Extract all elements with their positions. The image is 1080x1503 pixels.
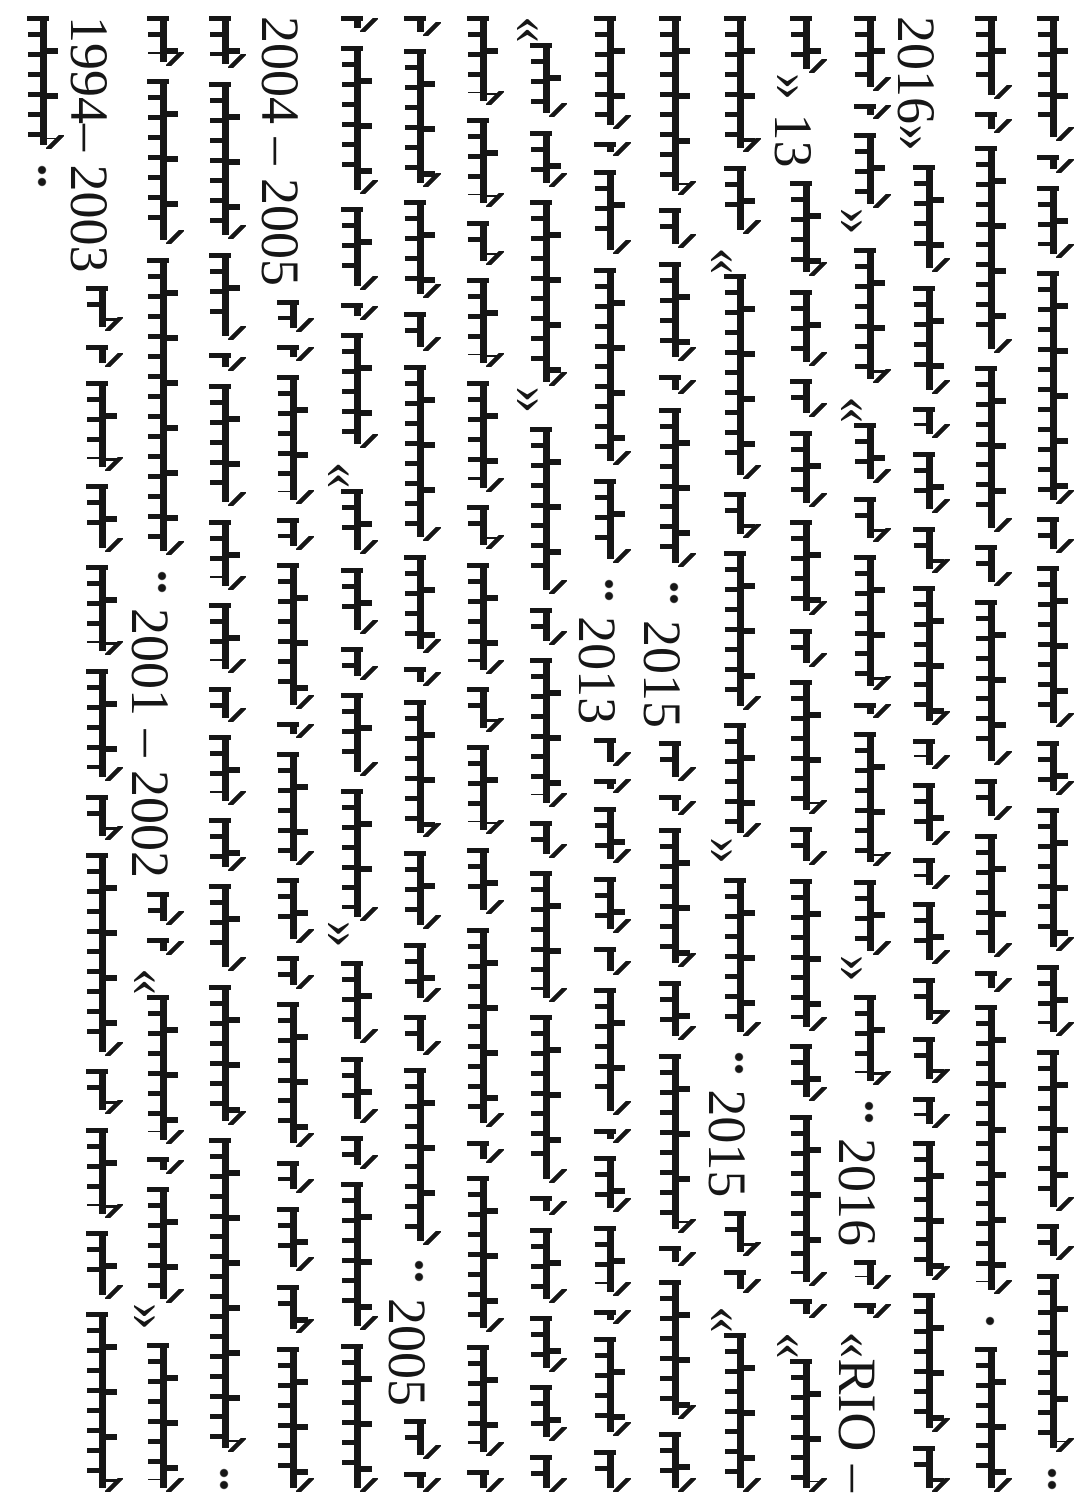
text-column-16: ᠠᠵᠢᠯ ᠢ ᠬᠠᠷᠢᠭᠤᠴᠠᠵᠤ ᠲᠠᠮᠢᠷᠴᠢᠳ ᠤᠨ ᠮᠡᠷᠭᠡᠵᠢᠯ ᠤ… bbox=[948, 16, 1008, 1492]
mongolian-word: ᠤᠨ bbox=[967, 779, 1013, 820]
numeral-text: 13 bbox=[763, 114, 823, 168]
mongolian-word: ᠪᠡᠶᠡ bbox=[782, 431, 828, 507]
mongolian-word: ᠨᠠᠭᠠᠳᠤᠮ bbox=[905, 286, 951, 394]
punctuation-mark: ᠃ bbox=[201, 1466, 247, 1492]
mongolian-word: ᠠᠯᠳᠠᠷ bbox=[651, 262, 697, 361]
mongolian-word: ᠣᠨ bbox=[651, 741, 697, 781]
mongolian-word: ᠮᠸᠳᠠᠯ bbox=[459, 1345, 505, 1456]
mongolian-word: ᠤᠨ bbox=[269, 1161, 315, 1193]
mongolian-word: ᠦᠨᠳᠦᠰᠦᠲᠡᠨ bbox=[139, 995, 185, 1144]
mongolian-word: ᠤᠨ bbox=[459, 221, 505, 265]
mongolian-word: ᠢ bbox=[1029, 155, 1075, 173]
mongolian-word: ᠤᠨ bbox=[78, 795, 124, 840]
punctuation-mark: ᠃ bbox=[586, 577, 632, 603]
mongolian-word: ᠲᠡᠮᠡᠴᠡᠭᠡᠨ bbox=[522, 427, 568, 594]
mongolian-word: ᠪᠠᠶᠢᠪᠠ bbox=[586, 479, 632, 564]
mongolian-word: ᠣᠨ bbox=[269, 300, 315, 332]
mongolian-word: ᠲᠡᠮᠡᠴᠡᠭᠡᠨ bbox=[716, 274, 762, 478]
mongolian-word: ᠤᠯᠤᠰ bbox=[782, 290, 828, 366]
mongolian-word: ᠶᠢᠨ bbox=[651, 981, 697, 1041]
mongolian-word: ᠶᠢᠨ bbox=[905, 1446, 951, 1492]
mongolian-word: ᠮᠡᠷᠭᠡᠵᠢᠯ bbox=[967, 600, 1013, 765]
mongolian-word: ᠬᠣᠶᠠᠳᠤᠭᠠᠷ bbox=[333, 46, 379, 194]
mongolian-word: ᠪᠡᠷ bbox=[1029, 741, 1075, 795]
mongolian-word: ᠬᠦᠷᠦᠭᠡᠨ bbox=[459, 1176, 505, 1331]
column-line: ᠪᠦᠬᠦ ᠤᠯᠤᠰ ᠤᠨ ᠪᠡᠶᠡ ᠲᠠᠮᠢᠷ ᠤᠨ ᠬᠤᠷᠠᠯ ᠤᠨ ᠪᠥᠬᠡ… bbox=[440, 16, 500, 1492]
mongolian-word: ᠶᠢᠨ bbox=[269, 1285, 315, 1333]
mongolian-word: ᠢᠳᠡᠪᠬᠢᠲᠡᠢ bbox=[1029, 566, 1075, 727]
mongolian-word: ᠴᠣᠯᠠ bbox=[333, 1057, 379, 1123]
mongolian-word: ᠪᠣᠯᠪᠠᠰᠤᠷᠠᠭᠤᠯᠤᠭᠳᠠᠪᠠ bbox=[139, 258, 185, 555]
mongolian-word: ᠪᠣᠯᠪᠠᠰᠤᠷᠠᠭᠤᠯᠵᠤ bbox=[586, 268, 632, 465]
mongolian-word: ᠰᠤᠩᠭᠤᠯᠲᠠ bbox=[782, 879, 828, 1031]
mongolian-word: ᠲᠡᠮᠡᠴᠡᠭᠡᠨ bbox=[269, 1347, 315, 1492]
mongolian-word: ᠶᠢᠨ bbox=[78, 484, 124, 552]
mongolian-word: ᠰᠣᠩᠭᠤᠭᠳᠠᠵᠤ bbox=[139, 79, 185, 244]
mongolian-word: ᠲᠤᠷᠰᠢᠯᠲᠠ bbox=[522, 658, 568, 807]
mongolian-word: ᠤᠨ bbox=[782, 379, 828, 417]
numeral-text: « bbox=[697, 247, 757, 274]
mongolian-word: ᠤᠯᠤᠰ bbox=[333, 568, 379, 634]
numeral-text: 2004 bbox=[250, 16, 310, 124]
mongolian-word: ᠬᠣᠶᠠᠳᠤᠭᠠᠷ bbox=[201, 82, 247, 239]
mongolian-word: ᠪᠥᠬᠡ bbox=[522, 43, 568, 117]
numeral-text: » bbox=[763, 73, 823, 100]
mongolian-word: ᠰᠤᠷᠭᠠᠨ bbox=[586, 170, 632, 255]
text-column-11: ᠲᠡᠮᠡᠴᠡᠭᠡᠨ ᠳᠦ ᠠᠯᠳᠠᠷ ᠢ ᠣᠯᠵᠠᠭᠰᠠᠨ ᠃ 2015 ᠣᠨ … bbox=[632, 16, 692, 1492]
mongolian-word: ᠪᠥᠬᠡ bbox=[78, 1128, 124, 1218]
text-column-1: ᠠᠮᠵᠢᠯᠲᠠ ᠄ bbox=[0, 16, 60, 1492]
mongolian-word: ᠲᠡᠮᠡᠴᠡᠭᠡᠨ bbox=[782, 1115, 828, 1286]
mongolian-word: ᠣᠨ bbox=[139, 892, 185, 925]
mongolian-word: ᠨᠠᠰᠤᠨ bbox=[586, 1226, 632, 1296]
mongolian-word: ᠢ bbox=[333, 303, 379, 319]
mongolian-word: ᠪᠡᠶᠡ bbox=[459, 278, 505, 367]
mongolian-word: ᠦ bbox=[651, 1246, 697, 1266]
punctuation-mark: ᠃ bbox=[651, 580, 697, 606]
mongolian-word: ᠬᠡᠮᠵᠢᠶᠡ bbox=[586, 1337, 632, 1436]
mongolian-word: ᠶᠢᠨ bbox=[716, 166, 762, 234]
text-column-5: 2004 – 2005 ᠣᠨ ᠤ ᠳᠤᠷᠠᠰᠬᠠᠯ ᠤᠨ ᠲᠡᠮᠡᠴᠡᠭᠡᠨ ᠦ… bbox=[250, 16, 310, 1492]
mongolian-word: ᠤᠯᠤᠰ bbox=[459, 118, 505, 207]
mongolian-word: ᠤᠨ bbox=[905, 1097, 951, 1128]
mongolian-word: ᠣᠯᠵᠠᠭᠰᠠᠨ bbox=[651, 408, 697, 567]
numeral-text: 2005 bbox=[250, 178, 310, 286]
column-line: ᠬᠠᠮᠤᠭ ᠤ ᠰᠠᠶᠢᠨ» ᠲᠡᠮᠡᠴᠡᠭᠡᠨ «ᠪᠥᠬᠡ ᠶᠢᠨ ᠲᠡᠮᠡᠴ… bbox=[827, 16, 887, 1492]
mongolian-word: ᠣᠨ bbox=[396, 1419, 442, 1458]
mongolian-word: ᠦ bbox=[782, 1299, 828, 1318]
mongolian-word: ᠬᠦᠷᠲᠡᠵᠦ bbox=[522, 871, 568, 1001]
mongolian-word: ᠲᠡᠮᠡᠴᠡᠭᠡᠨ bbox=[905, 586, 951, 725]
mongolian-word: ᠲᠠᠮᠢᠷ bbox=[78, 669, 124, 782]
mongolian-word: ᠬᠦᠷᠲᠡᠪᠡ bbox=[716, 878, 762, 1037]
mongolian-word: ᠳᠡᠯᠡᠬᠡᠢ bbox=[651, 828, 697, 967]
mongolian-word: ᠤᠯᠠᠮ bbox=[1029, 965, 1075, 1037]
mongolian-word: ᠢ bbox=[651, 375, 697, 395]
mongolian-word: ᠲᠠᠯ bbox=[782, 16, 828, 73]
mongolian-word: ᠮᠸᠳᠠᠯ bbox=[716, 723, 762, 837]
mongolian-word: ᠬᠡᠮᠵᠢᠶᠡ bbox=[651, 1280, 697, 1419]
mongolian-word: ᠲᠡᠮᠡᠴᠡᠭᠡᠨ bbox=[586, 988, 632, 1115]
text-column-3: ᠪᠡᠷ ᠰᠣᠩᠭᠤᠭᠳᠠᠵᠤ ᠪᠣᠯᠪᠠᠰᠤᠷᠠᠭᠤᠯᠤᠭᠳᠠᠪᠠ ᠃ 2001… bbox=[120, 16, 180, 1492]
mongolian-word: ᠳᠦ bbox=[396, 312, 442, 351]
mongolian-word: ᠤᠨ bbox=[269, 956, 315, 988]
mongolian-word: ᠪᠥᠬᠡ bbox=[905, 452, 951, 514]
mongolian-word: ᠤᠨ bbox=[905, 407, 951, 438]
mongolian-word: ᠤᠯᠤᠰ bbox=[269, 878, 315, 943]
mongolian-word: ᠳᠤᠷᠠᠰᠬᠠᠯ bbox=[269, 375, 315, 504]
mongolian-word: ᠪᠠᠶᠢᠷ bbox=[333, 207, 379, 289]
mongolian-word: ᠶᠢᠨ bbox=[905, 527, 951, 573]
document-page: ᠠᠮᠵᠢᠯᠲᠠ ᠄ 1994– 2003 ᠣᠨ ᠤ ᠬᠣᠲᠠ ᠶᠢᠨ ᠪᠡᠶᠡ … bbox=[0, 0, 1080, 1503]
mongolian-word: ᠤ bbox=[269, 345, 315, 361]
text-column-6: ᠦ ᠬᠣᠶᠠᠳᠤᠭᠠᠷ ᠪᠠᠶᠢᠷ ᠢ ᠡᠵᠡᠯᠡᠵᠦ «ᠪᠦᠬᠦ ᠤᠯᠤᠰ ᠤ… bbox=[314, 16, 374, 1492]
mongolian-word: ᠳᠦ bbox=[905, 739, 951, 770]
column-line: ᠠᠵᠢᠯ ᠢ ᠬᠠᠷᠢᠭᠤᠴᠠᠵᠤ ᠲᠠᠮᠢᠷᠴᠢᠳ ᠤᠨ ᠮᠡᠷᠭᠡᠵᠢᠯ ᠤ… bbox=[948, 16, 1008, 1492]
mongolian-word: ᠤᠯᠤᠰ bbox=[201, 603, 247, 673]
numeral-text: 2002 bbox=[120, 770, 180, 878]
punctuation-mark: ᠃ bbox=[139, 569, 185, 595]
mongolian-word: ᠳᠤᠭᠠᠷ bbox=[782, 181, 828, 276]
numeral-text: 2005 bbox=[377, 1298, 437, 1406]
mongolian-word: ᠰᠠᠶᠢᠨ bbox=[333, 693, 379, 775]
mongolian-word: ᠳᠤ bbox=[1029, 517, 1075, 553]
mongolian-word: ᠦ bbox=[139, 1157, 185, 1174]
mongolian-word: ᠬᠣᠷᠢᠶᠠᠯ bbox=[139, 1187, 185, 1303]
mongolian-word: ᠳᠡᠭᠡᠭᠰᠢᠯᠡᠭᠦᠯᠬᠦ bbox=[967, 1005, 1013, 1294]
mongolian-word: ᠶᠢᠨ bbox=[459, 848, 505, 915]
numeral-text: « bbox=[697, 1306, 757, 1333]
mongolian-word: ᠰᠢᠯᠭᠠᠷᠠᠪᠠ bbox=[396, 1068, 442, 1245]
text-column-15: 2016» ᠣᠯᠢᠮᠫᠢᠭ ᠨᠠᠭᠠᠳᠤᠮ ᠤᠨ ᠪᠥᠬᠡ ᠶᠢᠨ ᠲᠡᠮᠡᠴᠡ… bbox=[886, 16, 946, 1492]
mongolian-word: ᠪᠠᠷᠢᠯᠳᠤᠭᠠᠨ bbox=[522, 200, 568, 386]
mongolian-word: ᠳᠦ bbox=[716, 492, 762, 537]
mongolian-word: ᠪᠠᠭᠠ bbox=[586, 1156, 632, 1212]
numeral-text: – bbox=[827, 1465, 887, 1492]
punctuation-mark: ᠃ bbox=[716, 1050, 762, 1076]
text-column-10: ᠲᠠᠮᠢᠷᠴᠢᠨ ᠢ ᠰᠤᠷᠭᠠᠨ ᠪᠣᠯᠪᠠᠰᠤᠷᠠᠭᠤᠯᠵᠤ ᠪᠠᠶᠢᠪᠠ … bbox=[567, 16, 627, 1492]
mongolian-word: ᠢ bbox=[586, 142, 632, 156]
mongolian-word: ᠪᠠᠶᠢᠳᠠᠯ bbox=[967, 1347, 1013, 1492]
mongolian-word: ᠪᠠᠭ bbox=[522, 1385, 568, 1441]
mongolian-word: ᠶᠢᠨ bbox=[651, 1432, 697, 1492]
mongolian-word: ᠲᠡᠮᠡᠴᠡᠭᠡᠨ bbox=[333, 1344, 379, 1492]
mongolian-word: ᠪᠠᠶᠢᠭᠤᠯᠬᠤ bbox=[1029, 1050, 1075, 1211]
mongolian-word: ᠳᠦ bbox=[651, 208, 697, 248]
mongolian-word: ᠦ bbox=[396, 16, 442, 36]
mongolian-word: ᠤᠨ bbox=[586, 947, 632, 975]
mongolian-word: ᠤᠨ bbox=[782, 629, 828, 667]
mongolian-word: ᠤᠨ bbox=[201, 687, 247, 722]
mongolian-word: ᠵᠢᠯ bbox=[396, 943, 442, 1002]
mongolian-word: ᠳᠦ bbox=[522, 608, 568, 645]
numeral-text: » bbox=[120, 1303, 180, 1330]
mongolian-word: ᠵᠢᠭᠠᠬᠠᠨ bbox=[396, 49, 442, 187]
mongolian-word: ᠤᠨ bbox=[459, 505, 505, 549]
column-line: ᠦ ᠬᠣᠶᠠᠳᠤᠭᠠᠷ ᠪᠠᠶᠢᠷ ᠢ ᠡᠵᠡᠯᠡᠵᠦ «ᠪᠦᠬᠦ ᠤᠯᠤᠰ ᠤ… bbox=[314, 16, 374, 1492]
mongolian-word: ᠤ bbox=[396, 1472, 442, 1492]
mongolian-word: ᠦ bbox=[333, 16, 379, 32]
numeral-text: – bbox=[120, 730, 180, 757]
column-line: ᠪᠡᠷ ᠰᠣᠩᠭᠤᠭᠳᠠᠵᠤ ᠪᠣᠯᠪᠠᠰᠤᠷᠠᠭᠤᠯᠤᠭᠳᠠᠪᠠ ᠃ 2001… bbox=[120, 16, 180, 1492]
mongolian-word: ᠦ bbox=[269, 722, 315, 738]
punctuation-mark: ᠃ bbox=[396, 1258, 442, 1284]
mongolian-word: ᠪᠥᠬᠡ bbox=[201, 735, 247, 805]
mongolian-word: ᠶᠢᠨ bbox=[782, 1044, 828, 1101]
mongolian-word: ᠦ bbox=[459, 1141, 505, 1163]
mongolian-word: ᠤ bbox=[586, 1310, 632, 1324]
mongolian-word: ᠭᠡᠰᠡᠨ bbox=[333, 961, 379, 1043]
mongolian-word: ᠣᠷᠣᠯᠴᠠᠵᠤ bbox=[1029, 808, 1075, 951]
mongolian-word: ᠲᠡᠮᠡᠴᠡᠭᠡᠨ bbox=[459, 928, 505, 1128]
mongolian-word: ᠶᠢᠨ bbox=[522, 131, 568, 187]
punctuation-mark: ᠂ bbox=[967, 1308, 1013, 1334]
mongolian-word: ᠤ bbox=[78, 345, 124, 368]
numeral-text: » bbox=[827, 955, 887, 982]
mongolian-word: ᠪᠡᠶᠡ bbox=[78, 565, 124, 655]
mongolian-word: ᠤᠯᠤᠰ bbox=[905, 783, 951, 845]
mongolian-word: ᠲᠡᠪᠰᠢᠨ bbox=[967, 834, 1013, 958]
mongolian-word: ᠤᠨ bbox=[522, 1455, 568, 1492]
text-column-4: ᠪᠡᠷ ᠬᠣᠶᠠᠳᠤᠭᠠᠷ ᠪᠠᠶᠢᠷ ᠢ ᠡᠵᠡᠯᠡᠵᠦ ᠪᠦᠬᠦ ᠤᠯᠤᠰ … bbox=[182, 16, 242, 1492]
mongolian-word: ᠤᠨ bbox=[333, 647, 379, 680]
mongolian-word: ᠬᠣᠲᠠ bbox=[78, 381, 124, 471]
mongolian-word: ᠶᠢᠨ bbox=[586, 1450, 632, 1492]
mongolian-word: ᠶᠢᠨ bbox=[522, 1316, 568, 1372]
mongolian-word: ᠢ bbox=[459, 1470, 505, 1492]
column-line: 1994– 2003 ᠣᠨ ᠤ ᠬᠣᠲᠠ ᠶᠢᠨ ᠪᠡᠶᠡ ᠲᠠᠮᠢᠷ ᠤᠨ ᠰ… bbox=[59, 16, 119, 1492]
mongolian-word: ᠪᠢᠯᠢᠭᠲᠦ bbox=[716, 1333, 762, 1492]
column-line: ᠦ ᠵᠢᠭᠠᠬᠠᠨ ᠲᠦᠷᠦᠯ ᠳᠦ ᠨᠢᠭᠡᠳᠦᠭᠡᠷ ᠪᠠᠶᠢᠷ ᠢ ᠡᠵᠡ… bbox=[377, 16, 437, 1492]
mongolian-word: ᠰᠤᠷᠭᠠᠭᠤᠯᠢ bbox=[78, 853, 124, 1056]
mongolian-word: ᠲᠠᠮᠢᠷᠴᠢᠨ bbox=[586, 16, 632, 129]
mongolian-word: ᠣᠨ bbox=[586, 738, 632, 766]
mongolian-word: ᠰᠠᠶᠢᠵᠢᠷᠠᠭᠤᠯᠬᠤ bbox=[1029, 271, 1075, 504]
mongolian-word: ᠬᠠᠷᠢᠭᠤᠴᠠᠵᠤ bbox=[967, 146, 1013, 353]
mongolian-word: ᠡᠵᠡᠯᠡᠵᠦ bbox=[201, 384, 247, 506]
column-line: 2016» ᠣᠯᠢᠮᠫᠢᠭ ᠨᠠᠭᠠᠳᠤᠮ ᠤᠨ ᠪᠥᠬᠡ ᠶᠢᠨ ᠲᠡᠮᠡᠴᠡ… bbox=[886, 16, 946, 1492]
mongolian-word: ᠳᠤ bbox=[1029, 1224, 1075, 1260]
mongolian-word: ᠰᠠᠶᠢᠨ bbox=[201, 884, 247, 971]
column-line: «ᠪᠥᠬᠡ ᠶᠢᠨ ᠪᠠᠷᠢᠯᠳᠤᠭᠠᠨ» ᠲᠡᠮᠡᠴᠡᠭᠡᠨ ᠳᠦ ᠲᠤᠷᠰᠢ… bbox=[503, 16, 563, 1492]
numeral-text: – bbox=[250, 138, 310, 165]
mongolian-word: ᠬᠤᠷᠠᠯ bbox=[459, 563, 505, 674]
mongolian-word: ᠲᠡᠮᠡᠴᠡᠭᠡᠨ bbox=[651, 16, 697, 195]
mongolian-word: ᠳᠤ bbox=[522, 821, 568, 858]
column-line: ᠨᠡᠶᠢᠲᠡ ᠶᠢᠨ «ᠲᠡᠮᠡᠴᠡᠭᠡᠨ ᠳᠦ ᠬᠦᠷᠦᠭᠡᠨ ᠮᠸᠳᠠᠯ» … bbox=[697, 16, 757, 1492]
numeral-text: 1994– bbox=[59, 16, 119, 151]
mongolian-word: ᠤᠯᠤᠰ bbox=[586, 877, 632, 933]
mongolian-word: ᠰᠤᠷᠭᠠᠭᠤᠯᠢ bbox=[905, 1293, 951, 1432]
mongolian-word: ᠪᠥᠬᠡ bbox=[269, 1207, 315, 1272]
mongolian-word: ᠤᠨ bbox=[967, 545, 1013, 586]
mongolian-word: ᠪᠡᠷ bbox=[139, 16, 185, 66]
text-column-2: 1994– 2003 ᠣᠨ ᠤ ᠬᠣᠲᠠ ᠶᠢᠨ ᠪᠡᠶᠡ ᠲᠠᠮᠢᠷ ᠤᠨ ᠰ… bbox=[59, 16, 119, 1492]
numeral-text: 2016 bbox=[827, 1138, 887, 1246]
mongolian-word: ᠪᠦᠬᠦ bbox=[459, 16, 505, 105]
text-column-9: «ᠪᠥᠬᠡ ᠶᠢᠨ ᠪᠠᠷᠢᠯᠳᠤᠭᠠᠨ» ᠲᠡᠮᠡᠴᠡᠭᠡᠨ ᠳᠦ ᠲᠤᠷᠰᠢ… bbox=[503, 16, 563, 1492]
mongolian-word: ᠪᠠᠶᠢᠷ bbox=[396, 555, 442, 653]
text-column-14: ᠬᠠᠮᠤᠭ ᠤ ᠰᠠᠶᠢᠨ» ᠲᠡᠮᠡᠴᠡᠭᠡᠨ «ᠪᠥᠬᠡ ᠶᠢᠨ ᠲᠡᠮᠡᠴ… bbox=[827, 16, 887, 1492]
numeral-text: » bbox=[314, 921, 374, 948]
numeral-text: « bbox=[503, 16, 563, 43]
mongolian-word: ᠤ bbox=[139, 938, 185, 955]
mongolian-word: ᠣᠯᠢᠮᠫᠢᠭ bbox=[905, 165, 951, 273]
mongolian-word: ᠳᠦ bbox=[396, 1015, 442, 1054]
mongolian-word: ᠨᠢᠭᠡᠳᠦᠭᠡᠷ bbox=[396, 365, 442, 542]
mongolian-word: ᠢ bbox=[201, 353, 247, 370]
mongolian-word: ᠪᠥᠬᠡ bbox=[522, 1228, 568, 1302]
mongolian-word: ᠳᠤ bbox=[78, 1069, 124, 1114]
mongolian-word: ᠶᠢᠨ bbox=[78, 1231, 124, 1299]
mongolian-word: ᠶᠢᠨ bbox=[905, 978, 951, 1024]
mongolian-word: ᠢ bbox=[967, 112, 1013, 133]
mongolian-word: ᠤᠨ bbox=[269, 518, 315, 550]
mongolian-word: ᠦ bbox=[522, 1196, 568, 1215]
numeral-text: » bbox=[827, 208, 887, 235]
numeral-text: » bbox=[697, 837, 757, 864]
mongolian-word: ᠶᠢ bbox=[333, 1136, 379, 1169]
mongolian-word: ᠲᠠᠮᠢᠷ bbox=[782, 520, 828, 615]
mongolian-word: ᠪᠦᠬᠦ bbox=[201, 520, 247, 590]
column-line: ᠲᠠᠮᠢᠷᠴᠢᠨ ᠢ ᠰᠤᠷᠭᠠᠨ ᠪᠣᠯᠪᠠᠰᠤᠷᠠᠭᠤᠯᠵᠤ ᠪᠠᠶᠢᠪᠠ … bbox=[567, 16, 627, 1492]
mongolian-word: ᠡᠵᠡᠯᠡᠵᠦ bbox=[396, 700, 442, 838]
numeral-text: 2015 bbox=[697, 1089, 757, 1197]
mongolian-word: ᠪᠦᠬᠦ bbox=[333, 489, 379, 555]
mongolian-word: ᠪᠥᠬᠡ bbox=[905, 902, 951, 964]
numeral-text: 2003 bbox=[59, 165, 119, 273]
mongolian-word: ᠦᠨᠳᠦᠰᠦᠲᠡᠨ bbox=[522, 1015, 568, 1182]
mongolian-word: ᠤᠨ bbox=[905, 858, 951, 889]
text-column-8: ᠪᠦᠬᠦ ᠤᠯᠤᠰ ᠤᠨ ᠪᠡᠶᠡ ᠲᠠᠮᠢᠷ ᠤᠨ ᠬᠤᠷᠠᠯ ᠤᠨ ᠪᠥᠬᠡ… bbox=[440, 16, 500, 1492]
mongolian-word: ᠢ bbox=[396, 667, 442, 687]
mongolian-word: ᠲᠠᠮᠢᠷᠴᠢᠨ bbox=[333, 789, 379, 921]
mongolian-word: ᠲᠠᠮᠢᠷᠴᠢᠨ bbox=[78, 1312, 124, 1492]
mongolian-word: ᠲᠡᠮᠡᠴᠡᠭᠡᠨ bbox=[269, 563, 315, 708]
numeral-text: « bbox=[314, 462, 374, 489]
mongolian-word: ᠶᠢᠨ bbox=[201, 818, 247, 870]
mongolian-word: ᠨᠠᠭᠠᠳᠤᠮ bbox=[782, 680, 828, 813]
mongolian-word: ᠲᠡᠷᠢᠭᠦᠨ bbox=[782, 1359, 828, 1492]
numeral-text: «RIO bbox=[827, 1331, 887, 1451]
mongolian-word: ᠤᠨ bbox=[782, 827, 828, 865]
mongolian-word: ᠲᠤᠰᠠᠯᠠᠭᠴᠢ bbox=[905, 1141, 951, 1280]
mongolian-word: ᠨᠡᠶᠢᠲᠡ bbox=[716, 16, 762, 152]
mongolian-word: ᠪᠠᠶᠢᠳᠠᠯ bbox=[1029, 16, 1075, 141]
mongolian-word: ᠲᠠᠮᠢᠷ bbox=[459, 381, 505, 492]
mongolian-word: ᠶᠡᠬᠡ bbox=[1029, 186, 1075, 258]
mongolian-word: ᠦ bbox=[586, 1129, 632, 1143]
numeral-text: 2013 bbox=[567, 616, 627, 724]
mongolian-word: ᠲᠤᠰᠠᠯᠠᠭᠰᠠᠨ bbox=[1029, 1274, 1075, 1453]
punctuation-mark: ᠃ bbox=[1029, 1466, 1075, 1492]
mongolian-word: ᠲᠡᠮᠡᠴᠡᠭᠡᠨ bbox=[651, 1054, 697, 1233]
mongolian-word: ᠲᠠᠮᠢᠷᠴᠢᠨ bbox=[201, 985, 247, 1125]
text-column-12: ᠨᠡᠶᠢᠲᠡ ᠶᠢᠨ «ᠲᠡᠮᠡᠴᠡᠭᠡᠨ ᠳᠦ ᠬᠦᠷᠦᠭᠡᠨ ᠮᠸᠳᠠᠯ» … bbox=[697, 16, 757, 1492]
column-line: ᠪᠠᠶᠢᠳᠠᠯ ᠢ ᠶᠡᠬᠡ ᠰᠠᠶᠢᠵᠢᠷᠠᠭᠤᠯᠬᠤ ᠳᠤ ᠢᠳᠡᠪᠬᠢᠲᠡ… bbox=[1010, 16, 1070, 1492]
mongolian-word: ᠬᠦᠷᠲᠡᠭᠰᠡᠨ bbox=[333, 1182, 379, 1330]
numeral-text: 2016» bbox=[886, 16, 946, 151]
text-column-7: ᠦ ᠵᠢᠭᠠᠬᠠᠨ ᠲᠦᠷᠦᠯ ᠳᠦ ᠨᠢᠭᠡᠳᠦᠭᠡᠷ ᠪᠠᠶᠢᠷ ᠢ ᠡᠵᠡ… bbox=[377, 16, 437, 1492]
mongolian-word: ᠤ bbox=[651, 795, 697, 815]
mongolian-word: ᠪᠠᠭ bbox=[905, 1037, 951, 1083]
numeral-text: « bbox=[827, 396, 887, 423]
numeral-text: « bbox=[763, 1332, 823, 1359]
mongolian-word: ᠤ bbox=[716, 1270, 762, 1293]
mongolian-word: ᠣᠨ bbox=[716, 1211, 762, 1256]
mongolian-word: ᠪᠣᠯᠪᠠᠰᠤᠷᠠᠭᠤᠯᠤᠭᠳᠠᠪᠠ bbox=[201, 1138, 247, 1452]
numeral-text: 2001 bbox=[120, 608, 180, 716]
column-line: ᠲᠡᠮᠡᠴᠡᠭᠡᠨ ᠳᠦ ᠠᠯᠳᠠᠷ ᠢ ᠣᠯᠵᠠᠭᠰᠠᠨ ᠃ 2015 ᠣᠨ … bbox=[632, 16, 692, 1492]
mongolian-word: ᠪᠥᠬᠡ bbox=[459, 745, 505, 834]
mongolian-word: ᠵᠠᠯᠠᠭᠤᠴᠤᠳ bbox=[269, 1002, 315, 1147]
mongolian-word: ᠠᠵᠢᠯ bbox=[967, 16, 1013, 99]
mongolian-word: ᠬᠦᠷᠲᠡᠯᠡ bbox=[269, 752, 315, 865]
text-column-13: ᠲᠠᠯ» 13 ᠳᠤᠭᠠᠷ ᠤᠯᠤᠰ ᠤᠨ ᠪᠡᠶᠡ ᠲᠠᠮᠢᠷ ᠤᠨ ᠨᠠᠭᠠ… bbox=[763, 16, 823, 1492]
mongolian-word: ᠡᠵᠡᠯᠡᠵᠦ bbox=[333, 333, 379, 448]
mongolian-word: ᠤᠨ bbox=[459, 687, 505, 731]
numeral-text: 2015 bbox=[632, 620, 692, 728]
column-line: ᠪᠡᠷ ᠬᠣᠶᠠᠳᠤᠭᠠᠷ ᠪᠠᠶᠢᠷ ᠢ ᠡᠵᠡᠯᠡᠵᠦ ᠪᠦᠬᠦ ᠤᠯᠤᠰ … bbox=[182, 16, 242, 1492]
numeral-text: » bbox=[503, 386, 563, 413]
mongolian-word: ᠢ bbox=[967, 971, 1013, 992]
mongolian-word: ᠲᠡᠮᠡᠴᠡᠭᠡᠨ bbox=[139, 1343, 185, 1492]
mongolian-word: ᠲᠦᠷᠦᠯ bbox=[396, 200, 442, 298]
mongolian-word: ᠣᠨ bbox=[78, 286, 124, 331]
column-line: ᠠᠮᠵᠢᠯᠲᠠ ᠄ bbox=[0, 16, 60, 189]
mongolian-word: ᠲᠠᠮᠢᠷᠴᠢᠳ bbox=[967, 366, 1013, 531]
mongolian-word: ᠪᠦᠬᠦ bbox=[586, 807, 632, 863]
mongolian-word: ᠲᠡᠷᠡ bbox=[396, 851, 442, 930]
mongolian-word: ᠬᠦᠷᠦᠭᠡᠨ bbox=[716, 551, 762, 710]
mongolian-word: ᠪᠠᠶᠢᠷ bbox=[201, 253, 247, 340]
mongolian-word: ᠤ bbox=[586, 779, 632, 793]
column-line: 2004 – 2005 ᠣᠨ ᠤ ᠳᠤᠷᠠᠰᠬᠠᠯ ᠤᠨ ᠲᠡᠮᠡᠴᠡᠭᠡᠨ ᠦ… bbox=[250, 16, 310, 1492]
column-line: ᠲᠠᠯ» 13 ᠳᠤᠭᠠᠷ ᠤᠯᠤᠰ ᠤᠨ ᠪᠡᠶᠡ ᠲᠠᠮᠢᠷ ᠤᠨ ᠨᠠᠭᠠ… bbox=[763, 16, 823, 1492]
numeral-text: « bbox=[120, 968, 180, 995]
mongolian-word: ᠪᠡᠷ bbox=[201, 16, 247, 68]
text-column-17: ᠪᠠᠶᠢᠳᠠᠯ ᠢ ᠶᠡᠬᠡ ᠰᠠᠶᠢᠵᠢᠷᠠᠭᠤᠯᠬᠤ ᠳᠤ ᠢᠳᠡᠪᠬᠢᠲᠡ… bbox=[1010, 16, 1070, 1492]
